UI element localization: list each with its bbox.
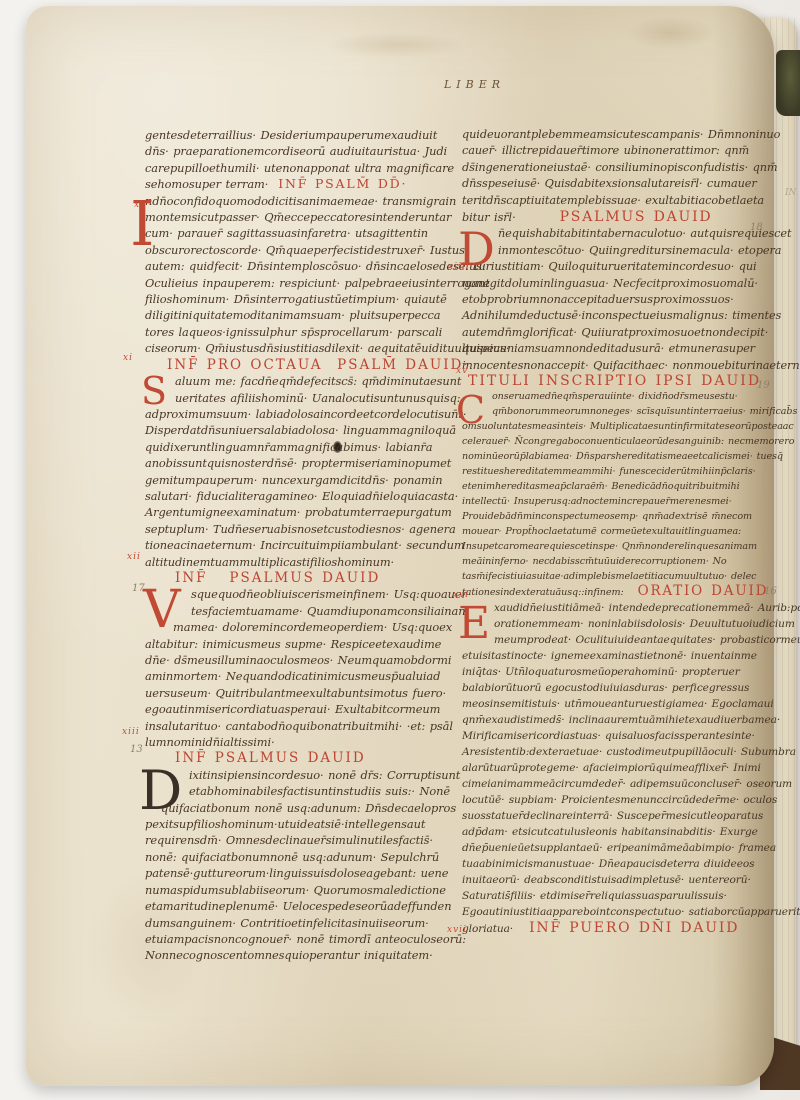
- manuscript-line: requirensdm̄· Omnesdeclinauer̄simulinuti…: [145, 832, 453, 848]
- manuscript-line: etamaritudineplenumē· Uelocespedeseorūad…: [145, 898, 453, 914]
- manuscript-line: nonē: quifaciatbonumnonē usq:adunum· Sep…: [145, 849, 453, 865]
- manuscript-line: cimeianimammeācircumdeder̄· adipemsuūcon…: [462, 776, 764, 792]
- manuscript-line: mamea· doloremincordemeoperdiem· Usq:quo…: [145, 619, 453, 635]
- manuscript-line: filioshominum· Dn̄sinterrogatiustūetimpi…: [145, 291, 453, 307]
- pencil-note: 17: [132, 583, 145, 594]
- manuscript-line: altitudinemtuammultiplicastifilioshominu…: [145, 554, 453, 570]
- manuscript-line: tesfaciemtuamame· Quamdiuponamconsiliain…: [145, 603, 453, 619]
- manuscript-line: Prouidebādn̄minconspectumeosemp· qnm̄ade…: [462, 509, 764, 524]
- book-cover-headband: [776, 50, 800, 116]
- pencil-note: 16: [764, 586, 777, 597]
- psalm-12: INF̄ PSALMUS DAUIDsquequodn̄eobliuisceri…: [145, 570, 453, 750]
- manuscript-line: squequodn̄eobliuiscerismeinfinem· Usq:qu…: [145, 586, 453, 602]
- psalm-13-end: quideuorantplebemmeamsicutescampanis· Dn…: [462, 127, 764, 226]
- manuscript-line: qnm̄exaudistimeds̄· inclinaauremtuāmihie…: [462, 712, 764, 728]
- manuscript-line: Adnihilumdeductusē·inconspectueiusmalign…: [462, 308, 764, 324]
- manuscript-line: autemdn̄mglorificat· Quiiuratproximosuoe…: [462, 325, 764, 341]
- line-text: tationesindexteratuāusq::infinem:: [462, 587, 624, 598]
- manuscript-line: patensē·guttureorum·linguissuisdoloseage…: [145, 865, 453, 881]
- manuscript-line: meumprodeat· Oculituiuideantaequitates· …: [462, 632, 764, 648]
- manuscript-line: quifaciatbonum nonē usq:adunum: Dn̄sdeca…: [145, 800, 453, 816]
- manuscript-line: qm̄bonorummeorumnoneges· scīsquīsuntinte…: [462, 404, 764, 419]
- text-column-right: quideuorantplebemmeamsicutescampanis· Dn…: [462, 127, 764, 937]
- manuscript-line: tasm̄ifecistiuiasuitae·adimplebismelaeti…: [462, 569, 764, 584]
- manuscript-line: intellectū· Insuperusq:adnoctemincrepaue…: [462, 494, 764, 509]
- manuscript-line: meāininferno· necdabisscm̄tuūuiderecorru…: [462, 554, 764, 569]
- drop-cap-initial: D: [139, 764, 182, 818]
- manuscript-line: obscurorectoscorde· Qm̄quaeperfecistides…: [145, 242, 453, 258]
- manuscript-line: ixitinsipiensincordesuo· nonē dr̄s: Corr…: [145, 767, 453, 783]
- manuscript-line: anobissuntquisnosterdn̄sē· proptermiseri…: [145, 455, 453, 471]
- text-column-left: gentesdeterraillius· Desideriumpauperume…: [145, 127, 453, 964]
- psalm-16: xaudidn̄eiustitiāmeā· intendedeprecation…: [462, 600, 764, 937]
- manuscript-line: restitueshereditatemmeammihi· funescecid…: [462, 464, 764, 479]
- manuscript-line: carepupilloethumili· utenonapponat ultra…: [145, 160, 453, 176]
- manuscript-line: egoautinmisericordiatuasperaui· Exultabi…: [145, 701, 453, 717]
- manuscript-line: nonegitdoluminlinguasua· Necfecitproximo…: [462, 276, 764, 292]
- manuscript-line: salutari· fiducialiteragamineo· Eloquiad…: [145, 488, 453, 504]
- manuscript-line: locutūē· supbiam· Proicientesmenunccircū…: [462, 792, 764, 808]
- manuscript-line: aminmortem· Nequandodicatinimicusmeusp̄u…: [145, 668, 453, 684]
- line-text: gloriatua·: [462, 923, 513, 935]
- psalm-number-marginal: xii: [127, 552, 141, 562]
- manuscript-line: balabiorūtuorū egocustodiuiuiasduras· pe…: [462, 680, 764, 696]
- manuscript-line: adproximumsuum· labiadolosaincordeetcord…: [145, 406, 453, 422]
- manuscript-line: alarūtuarūprotegeme· afacieimpiorūquimea…: [462, 760, 764, 776]
- manuscript-line: meosinsemitistuis· utn̄moueanturuestigia…: [462, 696, 764, 712]
- drop-cap-initial: V: [143, 584, 181, 636]
- manuscript-line: xaudidn̄eiustitiāmeā· intendedeprecation…: [462, 600, 764, 616]
- manuscript-line: teritdn̄scaptiuitatemplebissuae· exultab…: [462, 193, 764, 209]
- psalm-number-marginal: xiiii: [448, 262, 470, 272]
- rubric: INF̄ PRO OCTAUA PSALM̄ DAUID·: [145, 357, 453, 373]
- manuscript-line: sehomosuper terram·INF̄ PSALM̄ DD̄·: [145, 176, 453, 192]
- manuscript-line: dn̄e· ds̄meusilluminaoculosmeos· Neumqua…: [145, 652, 453, 668]
- manuscript-line: aluum me: facdn̄eqm̄defecitscs̄: qm̄dimi…: [145, 373, 453, 389]
- psalm-13: INF̄ PSALMUS DAUIDixitinsipiensincordesu…: [145, 750, 453, 963]
- psalm-number-marginal: x: [134, 200, 140, 210]
- manuscript-line: cauer̄· illictrepidauer̄timore ubinonera…: [462, 143, 764, 159]
- psalm-11: INF̄ PRO OCTAUA PSALM̄ DAUID·aluum me: f…: [145, 357, 453, 570]
- manuscript-line: tationesindexteratuāusq::infinem:ORATIO …: [462, 584, 764, 600]
- manuscript-line: numaspidumsublabiiseorum· Quorumosmaledi…: [145, 882, 453, 898]
- manuscript-line: lumnominidn̄ialtissimi·: [145, 734, 453, 750]
- pencil-note: IN: [785, 188, 796, 198]
- manuscript-line: suosstatuer̄declinareinterrā· Susceper̄m…: [462, 808, 764, 824]
- pencil-note: 13: [130, 744, 143, 755]
- manuscript-line: dn̄sspeseiusē· Quisdabitexsionsalutareis…: [462, 176, 764, 192]
- manuscript-line: ueritates afiliishominū· Uanalocutisuntu…: [145, 390, 453, 406]
- manuscript-line: celerauer̄· N̄congregaboconuenticulaeorū…: [462, 434, 764, 449]
- manuscript-line: pexitsupfilioshominum·utuideatsiē·intell…: [145, 816, 453, 832]
- manuscript-line: gemitumpauperum· nuncexurgamdicitdn̄s· p…: [145, 472, 453, 488]
- manuscript-line: uersuseum· Quitribulantmeexultabuntsimot…: [145, 685, 453, 701]
- manuscript-line: nominūeorūp̄labiamea· Dn̄sparshereditati…: [462, 449, 764, 464]
- manuscript-line: dn̄s· praeparationemcordiseorū audiuitau…: [145, 143, 453, 159]
- manuscript-line: autem: quidfecit· Dn̄sintemploscōsuo· dn…: [145, 258, 453, 274]
- manuscript-line: dumsanguinem· Contritioetinfelicitasinui…: [145, 915, 453, 931]
- pencil-note: 19: [757, 380, 770, 391]
- manuscript-line: tioneacinaeternum· Incircuituimpiiambula…: [145, 537, 453, 553]
- rubric: INF̄ PUERO DN̄I DAUID: [529, 920, 739, 936]
- running-title: LIBER: [444, 78, 505, 91]
- line-text: sehomosuper terram·: [145, 177, 268, 191]
- manuscript-line: quideuorantplebemmeamsicutescampanis· Dn…: [462, 127, 764, 143]
- manuscript-line: Argentumigneexaminatum· probatumterraepu…: [145, 504, 453, 520]
- manuscript-line: etabhominabilesfactisuntinstudiis suis:·…: [145, 783, 453, 799]
- manuscript-line: ds̄ingenerationeiustaē· consiliuminopisc…: [462, 160, 764, 176]
- manuscript-line: ndn̄oconfidoquomododicitisanimaemeae· tr…: [145, 193, 453, 209]
- drop-cap-initial: E: [458, 602, 490, 646]
- manuscript-line: etuisitastinocte· ignemeexaminastietnonē…: [462, 648, 764, 664]
- manuscript-line: quidixeruntlinguamnr̄ammagnificabimus· l…: [145, 439, 453, 455]
- manuscript-line: quipecuniamsuamnondeditadusurā· etmunera…: [462, 341, 764, 357]
- manuscript-line: Nonnecognoscentomnesquioperantur iniquit…: [145, 947, 453, 963]
- psalm-number-marginal: xv: [456, 366, 468, 376]
- rubric: ORATIO DAUID: [638, 583, 769, 599]
- psalm-10: ndn̄oconfidoquomododicitisanimaemeae· tr…: [145, 193, 453, 357]
- manuscript-line: insalutarituo· cantabodn̄oquibonatribuit…: [145, 718, 453, 734]
- manuscript-line: etenimhereditasmeap̄claraēm̄· Benedicādn…: [462, 479, 764, 494]
- manuscript-line: Insupetcaromearequiescetinspe· Qnm̄nonde…: [462, 539, 764, 554]
- manuscript-line: iniq̄tas· Utn̄loquaturosmeūoperahominū· …: [462, 664, 764, 680]
- psalm-number-marginal: xiii: [122, 727, 140, 737]
- drop-cap-initial: C: [456, 391, 485, 429]
- manuscript-line: adp̄dam· etsicutcatulusleonis habitansin…: [462, 824, 764, 840]
- manuscript-line: turiustitiam· Quiloquiturueritatemincord…: [462, 259, 764, 275]
- manuscript-line: orationemmeam· noninlabiisdolosis· Deuul…: [462, 616, 764, 632]
- manuscript-line: tores laqueos·ignissulphur sp̄sprocellar…: [145, 324, 453, 340]
- parchment-stain: [326, 32, 466, 58]
- manuscript-line: etuiampacisnoncognouer̄· nonē timordī an…: [145, 931, 453, 947]
- rubric: TITULI INSCRIPTIO IPSI DAUID: [462, 374, 764, 389]
- manuscript-line: inmontescōtuo· Quiingreditursinemacula· …: [462, 243, 764, 259]
- rubric: INF̄ PSALM̄ DD̄·: [278, 176, 407, 191]
- manuscript-line: Aresistentib:dexteraetuae· custodimeutpu…: [462, 744, 764, 760]
- manuscript-line: n̄equishabitabitintabernaculotuo· autqui…: [462, 226, 764, 242]
- manuscript-line: bitur isr̄l·PSALMUS DAUID: [462, 209, 764, 226]
- manuscript-line: etobprobriumnonaccepitaduersusproximossu…: [462, 292, 764, 308]
- manuscript-line: Saturatis̄filiis· etdimiser̄reliquiassua…: [462, 888, 764, 904]
- manuscript-line: Mirificamisericordiastuas· quisaluosfaci…: [462, 728, 764, 744]
- psalm-14: n̄equishabitabitintabernaculotuo· autqui…: [462, 226, 764, 374]
- manuscript-line: cum· parauer̄ sagittassuasinfaretra· uts…: [145, 225, 453, 241]
- rubric: INF̄ PSALMUS DAUID: [145, 570, 453, 586]
- manuscript-line: innocentesnonaccepit· Quifacithaec· nonm…: [462, 358, 764, 374]
- manuscript-photo: LIBER gentesdeterraillius· Desideriumpau…: [0, 0, 800, 1100]
- manuscript-line: montemsicutpasser· Qm̄eccepeccatoresinte…: [145, 209, 453, 225]
- manuscript-line: altabitur: inimicusmeus supme· Respiceet…: [145, 636, 453, 652]
- psalm-9-end: gentesdeterraillius· Desideriumpauperume…: [145, 127, 453, 193]
- rubric: PSALMUS DAUID: [560, 209, 713, 225]
- psalm-number-marginal: xvi: [453, 590, 469, 600]
- manuscript-line: gentesdeterraillius· Desideriumpauperume…: [145, 127, 453, 143]
- drop-cap-initial: S: [141, 372, 167, 410]
- manuscript-line: Egoautiniustitiaapparebointconspectutuo·…: [462, 904, 764, 920]
- psalm-number-marginal: xi: [123, 353, 133, 363]
- manuscript-line: om̄suoluntatesmeasinteis· Multiplicataes…: [462, 419, 764, 434]
- manuscript-line: septuplum· Tudn̄eseruabisnosetcustodiesn…: [145, 521, 453, 537]
- manuscript-line: Disperdatdn̄suniuersalabiadolosa· lingua…: [145, 422, 453, 438]
- psalm-number-marginal: xvii: [447, 925, 467, 935]
- manuscript-line: gloriatua·INF̄ PUERO DN̄I DAUID: [462, 920, 764, 937]
- parchment-stain: [626, 16, 716, 50]
- pencil-note: 18: [750, 222, 763, 233]
- manuscript-line: onseruamedn̄eqm̄sperauiinte· dixidn̄odr̄…: [462, 389, 764, 404]
- rubric: INF̄ PSALMUS DAUID: [145, 750, 453, 766]
- manuscript-line: inuitaeorū· deabsconditistuisadimpletusē…: [462, 872, 764, 888]
- manuscript-line: diligitiniquitatemoditanimamsuam· pluits…: [145, 307, 453, 323]
- manuscript-line: ciseorum· Qm̄iustusdn̄siustitiasdilexit·…: [145, 340, 453, 356]
- manuscript-line: dn̄ep̄uenieūetsupplantaeū· eripeanimāmeā…: [462, 840, 764, 856]
- manuscript-line: tuaabinimicismanustuae· Dn̄eapaucisdeter…: [462, 856, 764, 872]
- psalm-15: TITULI INSCRIPTIO IPSI DAUIDonseruamedn̄…: [462, 374, 764, 600]
- manuscript-line: Oculieius inpauperem: respiciunt· palpeb…: [145, 275, 453, 291]
- manuscript-line: mouear· Propt̄hoclaetatumē cormeūetexult…: [462, 524, 764, 539]
